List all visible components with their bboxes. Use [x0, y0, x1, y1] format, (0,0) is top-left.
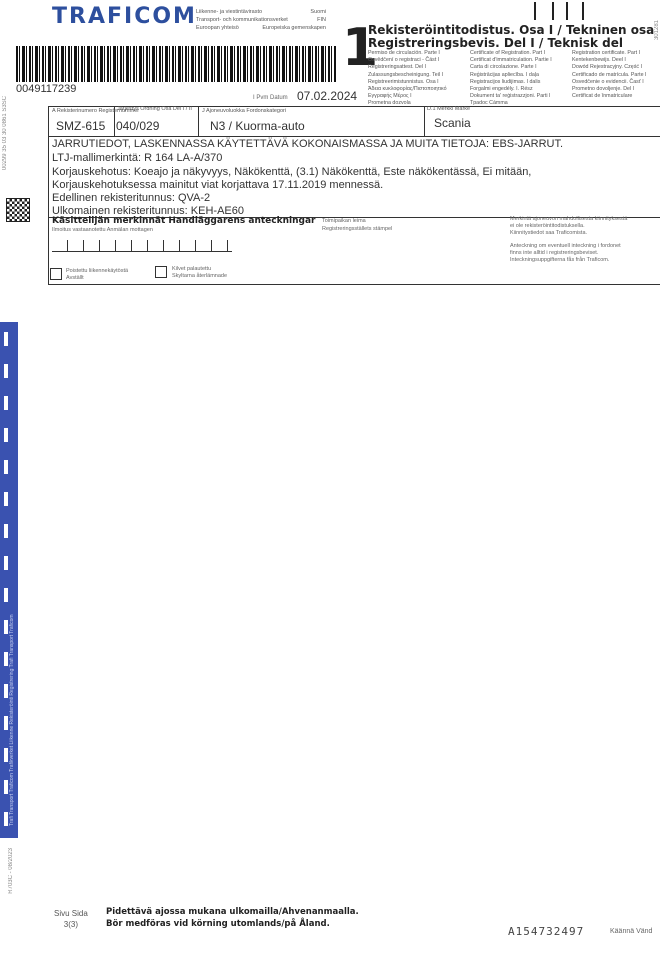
plates-label: Kilvet palautettu Skyltarna återlämnade: [172, 266, 227, 280]
strip-slot: [4, 492, 8, 506]
notice-line: Kiinnitystiedot saa Traficomista.: [510, 230, 670, 237]
keep-notice-sv: Bör medföras vid körning utomlands/på Ål…: [106, 918, 359, 930]
plates-label-fi: Kilvet palautettu: [172, 266, 227, 273]
strip-slot: [4, 396, 8, 410]
date-label: I Pvm Datum: [253, 95, 288, 101]
page-indicator: Sivu Sida 3(3): [54, 908, 88, 930]
removed-label-fi: Poistettu liikennekäytöstä: [66, 268, 128, 275]
translation-line: Forgalmi engedély. I. Rész: [470, 86, 566, 93]
translation-column: Permiso de circulación. Parte IOsvědčení…: [368, 50, 464, 108]
document-title: Rekisteröintitodistus. Osa I / Tekninen …: [368, 24, 654, 50]
security-strip: Trafi Transport Traficom Trafikverket Li…: [0, 322, 18, 838]
page-value: 3(3): [54, 919, 88, 930]
keep-in-vehicle-notice: Pidettävä ajossa mukana ulkomailla/Ahven…: [106, 906, 359, 930]
received-label: Ilmoitus vastaanotettu Anmälan mottagen: [52, 227, 153, 234]
agency-line: Liikenne- ja viestintävirasto: [196, 9, 262, 15]
translation-line: Kentekenbewijs. Deel I: [572, 57, 668, 64]
removed-label-sv: Avställt: [66, 275, 128, 282]
country: Suomi: [310, 8, 326, 16]
notice-line: ei ole rekisteröintitodistuksella.: [510, 223, 670, 230]
translation-line: Osvedčenie o evidencii. Časť I: [572, 79, 668, 86]
removed-label: Poistettu liikennekäytöstä Avställt: [66, 268, 128, 282]
strip-slot: [4, 620, 8, 634]
agency-info: Liikenne- ja viestintävirastoSuomi Trans…: [196, 8, 326, 32]
traficom-logo: TRAFICOM: [52, 4, 197, 29]
page-label: Sivu Sida: [54, 908, 88, 919]
marker-tick: [534, 2, 536, 20]
info-previous-reg: Edellinen rekisteritunnus: QVA-2: [52, 192, 210, 204]
strip-slot: [4, 588, 8, 602]
side-code: 00299 35 03 30 0861 S3SC: [2, 96, 8, 170]
translation-line: Reģistrācijas apliecība. I daļa: [470, 72, 566, 79]
translation-column: Certificate of Registration. Part ICerti…: [470, 50, 566, 108]
checkbox-plates-returned[interactable]: [155, 266, 167, 278]
strip-slot: [4, 748, 8, 762]
registration-value: SMZ-615: [56, 119, 105, 133]
agency-line: Transport- och kommunikationsverket: [196, 17, 288, 23]
strip-slot: [4, 556, 8, 570]
translation-line: Certificate of Registration. Part I: [470, 50, 566, 57]
checkbox-removed-from-traffic[interactable]: [50, 268, 62, 280]
strip-slot: [4, 332, 8, 346]
eu-label: Europeiska gemenskapen: [262, 24, 326, 32]
notice-line: Merkintä ajoneuvon mahdollisesta kiinnit…: [510, 216, 670, 223]
divider: [48, 284, 660, 285]
title-sv: Registreringsbevis. Del I / Teknisk del: [368, 37, 654, 50]
strip-text: Trafi Transport Traficom Trafikverket Li…: [9, 326, 15, 826]
translation-column: Registration certificate. Part IKenteken…: [572, 50, 668, 108]
datamatrix-code: [6, 198, 30, 222]
strip-slot: [4, 364, 8, 378]
marker-tick: [566, 2, 568, 20]
info-repair-deadline: Korjauskehotuksessa mainitut viat korjat…: [52, 179, 383, 191]
part-label: Järjestys Ordning Osa Del I / II: [117, 107, 197, 112]
translation-line: Registreerimistunnistus. Osa I: [368, 79, 464, 86]
strip-slot: [4, 460, 8, 474]
translation-line: Registreringsattest. Del I: [368, 64, 464, 71]
translations: Permiso de circulación. Parte IOsvědčení…: [368, 50, 668, 108]
stamp-label-sv: Registreringsställets stämpel: [322, 226, 392, 233]
handler-title: Käsittelijän merkinnät Handläggarens ant…: [52, 216, 315, 226]
make-value: Scania: [434, 116, 471, 130]
translation-line: Certificado de matrícula. Parte I: [572, 72, 668, 79]
strip-slot: [4, 652, 8, 666]
notice-line: Inteckningsuppgifterna fås från Traficom…: [510, 257, 670, 264]
translation-line: Certificat de înmatriculare: [572, 93, 668, 100]
translation-line: Εγγραφής Μέρος I: [368, 93, 464, 100]
make-label: D.1 Merkki Märke: [427, 106, 470, 112]
part-value: 040/029: [116, 119, 159, 133]
agency-line: Euroopan yhteisö: [196, 25, 239, 31]
notice-line: Anteckning om eventuell inteckning i for…: [510, 243, 670, 250]
info-model: LTJ-mallimerkintä: R 164 LA-A/370: [52, 152, 222, 164]
strip-slot: [4, 428, 8, 442]
info-brakes: JARRUTIEDOT, LASKENNASSA KÄYTETTÄVÄ KOKO…: [52, 138, 563, 150]
turn-page-label: Käännä Vänd: [610, 928, 652, 935]
lien-notice-sv: Anteckning om eventuell inteckning i for…: [510, 243, 670, 264]
translation-line: Osvědčení o registraci - Část I: [368, 57, 464, 64]
stamp-label-fi: Toimipaikan leima: [322, 218, 366, 225]
strip-slot: [4, 812, 8, 826]
serial-number: A154732497: [508, 925, 584, 938]
notice-line: finns inte alltid i registreringsbeviset…: [510, 250, 670, 257]
keep-notice-fi: Pidettävä ajossa mukana ulkomailla/Ahven…: [106, 906, 359, 918]
divider: [48, 106, 49, 284]
translation-line: Certificat d'immatriculation. Partie I: [470, 57, 566, 64]
translation-line: Dokument ta' reġistrazzjoni. Parti I: [470, 93, 566, 100]
marker-tick: [582, 2, 584, 20]
received-date-boxes[interactable]: [52, 240, 232, 252]
strip-slot: [4, 684, 8, 698]
lien-notice-fi: Merkintä ajoneuvon mahdollisesta kiinnit…: [510, 216, 670, 237]
translation-line: Dowód Rejestracyjny. Część I: [572, 64, 668, 71]
category-label: J Ajoneuvoluokka Fordonskategori: [202, 108, 286, 114]
strip-slot: [4, 780, 8, 794]
country-code: FIN: [317, 16, 326, 24]
translation-line: Carta di circolazione. Parte I: [470, 64, 566, 71]
strip-slot: [4, 524, 8, 538]
translation-line: Registration certificate. Part I: [572, 50, 668, 57]
plates-label-sv: Skyltarna återlämnade: [172, 273, 227, 280]
form-code: R703C - 08/2023: [8, 848, 14, 894]
info-repair: Korjauskehotus: Koeajo ja näkyvyys, Näkö…: [52, 166, 531, 178]
strip-slot: [4, 716, 8, 730]
barcode-number: 0049117239: [16, 83, 76, 95]
translation-line: Registracijos liudijimas. I dalis: [470, 79, 566, 86]
marker-tick: [552, 2, 554, 20]
category-value: N3 / Kuorma-auto: [210, 119, 305, 133]
translation-line: Prometno dovoljenje. Del I: [572, 86, 668, 93]
right-code: 301281: [654, 20, 660, 40]
date-value: 07.02.2024: [297, 89, 357, 103]
divider: [424, 106, 425, 136]
barcode: [16, 46, 336, 82]
divider: [48, 136, 660, 137]
translation-line: Zulassungsbescheinigung. Teil I: [368, 72, 464, 79]
divider: [198, 106, 199, 136]
